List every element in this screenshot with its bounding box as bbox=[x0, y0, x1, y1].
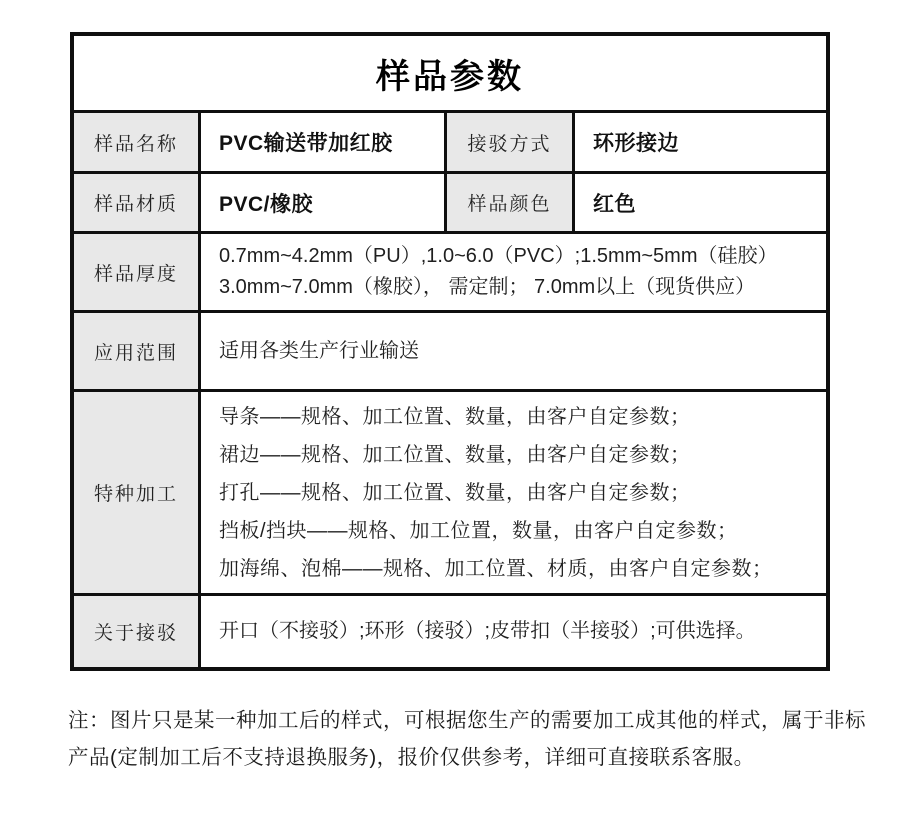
footer-note-line-2: 产品(定制加工后不支持退换服务)，报价仅供参考，详细可直接联系客服。 bbox=[68, 739, 868, 776]
about-joint-text: 开口（不接驳）;环形（接驳）;皮带扣（半接驳）;可供选择。 bbox=[219, 616, 756, 647]
special-processing-label: 特种加工 bbox=[74, 392, 198, 593]
special-processing-value: 导条——规格、加工位置、数量，由客户自定参数； 裙边——规格、加工位置、数量，由… bbox=[198, 392, 826, 593]
joint-method-label: 接驳方式 bbox=[444, 113, 572, 171]
special-line-skirt-edge: 裙边——规格、加工位置、数量，由客户自定参数； bbox=[219, 436, 691, 474]
thickness-line-2: 3.0mm~7.0mm（橡胶）， 需定制； 7.0mm以上（现货供应） bbox=[219, 272, 755, 303]
table-row-about-joint: 关于接驳 开口（不接驳）;环形（接驳）;皮带扣（半接驳）;可供选择。 bbox=[74, 593, 826, 667]
sample-color-value: 红色 bbox=[572, 174, 826, 231]
thickness-value: 0.7mm~4.2mm（PU）,1.0~6.0（PVC）;1.5mm~5mm（硅… bbox=[198, 234, 826, 310]
table-title: 样品参数 bbox=[74, 36, 826, 110]
sample-material-value: PVC/橡胶 bbox=[198, 174, 444, 231]
table-row-special-processing: 特种加工 导条——规格、加工位置、数量，由客户自定参数； 裙边——规格、加工位置… bbox=[74, 389, 826, 593]
table-row-thickness: 样品厚度 0.7mm~4.2mm（PU）,1.0~6.0（PVC）;1.5mm~… bbox=[74, 231, 826, 310]
thickness-label: 样品厚度 bbox=[74, 234, 198, 310]
sample-material-label: 样品材质 bbox=[74, 174, 198, 231]
footer-note-line-1: 注：图片只是某一种加工后的样式，可根据您生产的需要加工成其他的样式，属于非标 bbox=[68, 702, 868, 739]
application-value: 适用各类生产行业输送 bbox=[198, 313, 826, 389]
special-line-punching: 打孔——规格、加工位置、数量，由客户自定参数； bbox=[219, 474, 691, 512]
thickness-line-1: 0.7mm~4.2mm（PU）,1.0~6.0（PVC）;1.5mm~5mm（硅… bbox=[219, 241, 777, 272]
special-line-sponge-foam: 加海绵、泡棉——规格、加工位置、材质，由客户自定参数； bbox=[219, 550, 773, 588]
table-title-row: 样品参数 bbox=[74, 36, 826, 110]
sample-color-label: 样品颜色 bbox=[444, 174, 572, 231]
product-spec-page: 样品参数 样品名称 PVC输送带加红胶 接驳方式 环形接边 样品材质 PVC/橡… bbox=[0, 0, 900, 815]
table-row-name-joint: 样品名称 PVC输送带加红胶 接驳方式 环形接边 bbox=[74, 110, 826, 171]
sample-name-value: PVC输送带加红胶 bbox=[198, 113, 444, 171]
joint-method-value: 环形接边 bbox=[572, 113, 826, 171]
table-row-material-color: 样品材质 PVC/橡胶 样品颜色 红色 bbox=[74, 171, 826, 231]
spec-table: 样品参数 样品名称 PVC输送带加红胶 接驳方式 环形接边 样品材质 PVC/橡… bbox=[70, 32, 830, 671]
application-text: 适用各类生产行业输送 bbox=[219, 336, 419, 367]
about-joint-label: 关于接驳 bbox=[74, 596, 198, 667]
application-label: 应用范围 bbox=[74, 313, 198, 389]
special-line-baffle: 挡板/挡块——规格、加工位置，数量，由客户自定参数； bbox=[219, 512, 738, 550]
table-row-application: 应用范围 适用各类生产行业输送 bbox=[74, 310, 826, 389]
special-line-guide-strip: 导条——规格、加工位置、数量，由客户自定参数； bbox=[219, 398, 691, 436]
footer-note: 注：图片只是某一种加工后的样式，可根据您生产的需要加工成其他的样式，属于非标 产… bbox=[68, 702, 868, 776]
sample-name-label: 样品名称 bbox=[74, 113, 198, 171]
about-joint-value: 开口（不接驳）;环形（接驳）;皮带扣（半接驳）;可供选择。 bbox=[198, 596, 826, 667]
